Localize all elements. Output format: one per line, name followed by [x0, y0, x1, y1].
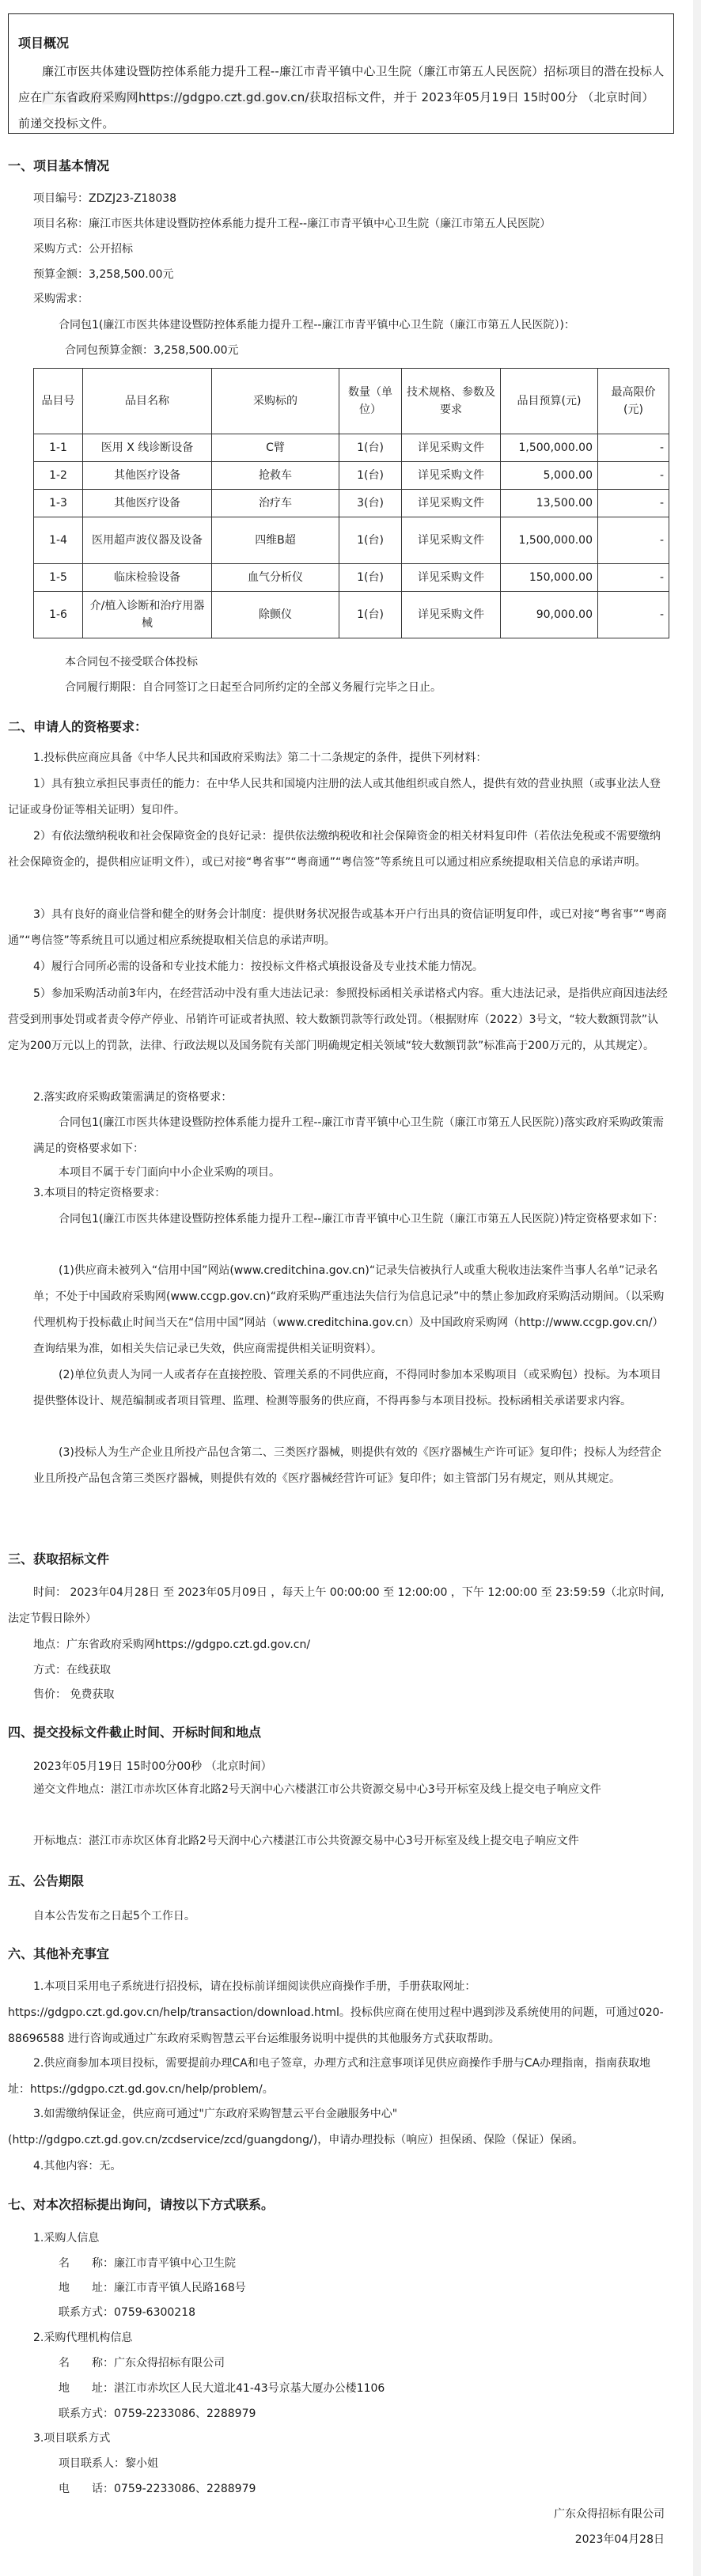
project-contact-person: 项目联系人：黎小姐 — [59, 2455, 158, 2471]
qualification-item-2: 2.落实政府采购政策需满足的资格要求： — [33, 1089, 232, 1104]
table-row: 1-2 其他医疗设备 抢救车 1(台) 详见采购文件 5,000.00 - — [34, 462, 669, 490]
section7-heading: 七、对本次招标提出询问，请按以下方式联系。 — [8, 2195, 274, 2213]
buyer-info-title: 1.采购人信息 — [33, 2229, 99, 2245]
cell-subject: 四维B超 — [212, 517, 339, 564]
cell-item-no: 1-5 — [34, 564, 83, 592]
cell-subject: 血气分析仪 — [212, 564, 339, 592]
policy-note: 本项目不属于专门面向中小企业采购的项目。 — [59, 1164, 280, 1180]
cell-budget: 150,000.00 — [501, 564, 598, 592]
qualification-item-3: 3.本项目的特定资格要求： — [33, 1184, 165, 1200]
cell-quantity: 1(台) — [339, 434, 402, 462]
cell-subject: 除颤仪 — [212, 592, 339, 638]
budget-amount: 预算金额：3,258,500.00元 — [33, 266, 174, 282]
cell-subject: 抢救车 — [212, 462, 339, 490]
cell-max-price: - — [598, 462, 669, 490]
package-title: 合同包1(廉江市医共体建设暨防控体系能力提升工程--廉江市青平镇中心卫生院（廉江… — [59, 316, 575, 332]
policy-package: 合同包1(廉江市医共体建设暨防控体系能力提升工程--廉江市青平镇中心卫生院（廉江… — [33, 1110, 669, 1162]
project-contact-title: 3.项目联系方式 — [33, 2430, 110, 2445]
cell-item-no: 1-6 — [34, 592, 83, 638]
project-summary-box: 项目概况 廉江市医共体建设暨防控体系能力提升工程--廉江市青平镇中心卫生院（廉江… — [8, 13, 674, 134]
table-row: 1-5 临床检验设备 血气分析仪 1(台) 详见采购文件 150,000.00 … — [34, 564, 669, 592]
agent-info-title: 2.采购代理机构信息 — [33, 2329, 132, 2345]
supplement-3: 3.如需缴纳保证金，供应商可通过"广东政府采购智慧云平台金融服务中心"(http… — [8, 2101, 669, 2154]
table-row: 1-1 医用 X 线诊断设备 C臂 1(台) 详见采购文件 1,500,000.… — [34, 434, 669, 462]
qualification-1-1: 1）具有独立承担民事责任的能力：在中华人民共和国境内注册的法人或其他组织或自然人… — [8, 771, 669, 824]
obtain-time: 时间： 2023年04月28日 至 2023年05月09日 ，每天上午 00:0… — [8, 1580, 669, 1632]
cell-item-name: 其他医疗设备 — [83, 490, 212, 517]
cell-item-name: 临床检验设备 — [83, 564, 212, 592]
table-row: 1-4 医用超声波仪器及设备 四维B超 1(台) 详见采购文件 1,500,00… — [34, 517, 669, 564]
table-row: 1-3 其他医疗设备 治疗车 3(台) 详见采购文件 13,500.00 - — [34, 490, 669, 517]
buyer-phone: 联系方式：0759-6300218 — [59, 2304, 195, 2320]
footer-date: 2023年04月28日 — [575, 2531, 665, 2547]
cell-item-no: 1-4 — [34, 517, 83, 564]
buyer-name: 名 称：廉江市青平镇中心卫生院 — [59, 2255, 236, 2271]
cell-spec: 详见采购文件 — [402, 490, 501, 517]
table-header-row: 品目号 品目名称 采购标的 数量（单位） 技术规格、参数及要求 品目预算(元) … — [34, 369, 669, 434]
notice-period: 自本公告发布之日起5个工作日。 — [33, 1907, 195, 1923]
obtain-price: 售价： 免费获取 — [33, 1686, 114, 1702]
cell-spec: 详见采购文件 — [402, 462, 501, 490]
cell-max-price: - — [598, 592, 669, 638]
col-header: 品目号 — [34, 369, 83, 434]
obtain-place[interactable]: 地点：广东省政府采购网https://gdgpo.czt.gd.gov.cn/ — [33, 1636, 310, 1652]
obtain-way: 方式：在线获取 — [33, 1661, 111, 1677]
submit-place: 递交文件地点：湛江市赤坎区体育北路2号天润中心六楼湛江市公共资源交易中心3号开标… — [8, 1777, 669, 1803]
cell-quantity: 1(台) — [339, 517, 402, 564]
col-header: 品目名称 — [83, 369, 212, 434]
cell-budget: 13,500.00 — [501, 490, 598, 517]
cell-budget: 1,500,000.00 — [501, 517, 598, 564]
cell-max-price: - — [598, 564, 669, 592]
scrollbar-track[interactable] — [693, 0, 701, 2576]
cell-spec: 详见采购文件 — [402, 434, 501, 462]
col-header: 品目预算(元) — [501, 369, 598, 434]
cell-budget: 90,000.00 — [501, 592, 598, 638]
cell-item-name: 其他医疗设备 — [83, 462, 212, 490]
cell-budget: 1,500,000.00 — [501, 434, 598, 462]
cell-max-price: - — [598, 490, 669, 517]
cell-item-no: 1-2 — [34, 462, 83, 490]
qualification-item-1: 1.投标供应商应具备《中华人民共和国政府采购法》第二十二条规定的条件，提供下列材… — [33, 749, 487, 765]
supplement-2: 2.供应商参加本项目投标，需要提前办理CA和电子签章，办理方式和注意事项详见供应… — [8, 2051, 669, 2103]
cell-subject: C臂 — [212, 434, 339, 462]
section6-heading: 六、其他补充事宜 — [8, 1944, 109, 1962]
col-header: 最高限价(元) — [598, 369, 669, 434]
qualification-1-5: 5）参加采购活动前3年内，在经营活动中没有重大违法记录：参照投标函相关承诺格式内… — [8, 981, 669, 1059]
summary-body: 廉江市医共体建设暨防控体系能力提升工程--廉江市青平镇中心卫生院（廉江市第五人民… — [18, 59, 665, 137]
col-header: 采购标的 — [212, 369, 339, 434]
no-consortium-note: 本合同包不接受联合体投标 — [65, 653, 198, 669]
package-budget: 合同包预算金额：3,258,500.00元 — [65, 342, 239, 358]
cell-spec: 详见采购文件 — [402, 592, 501, 638]
footer-company: 广东众得招标有限公司 — [554, 2506, 665, 2521]
cell-item-name: 医用超声波仪器及设备 — [83, 517, 212, 564]
section1-heading: 一、项目基本情况 — [8, 156, 109, 174]
qualification-1-4: 4）履行合同所必需的设备和专业技术能力：按投标文件格式填报设备及专业技术能力情况… — [8, 954, 669, 980]
qualification-1-3: 3）具有良好的商业信誉和健全的财务会计制度：提供财务状况报告或基本开户行出具的资… — [8, 902, 669, 954]
section4-heading: 四、提交投标文件截止时间、开标时间和地点 — [8, 1722, 261, 1741]
specific-requirement-1: (1)供应商未被列入“信用中国”网站(www.creditchina.gov.c… — [33, 1258, 669, 1362]
table-row: 1-6 介/植入诊断和治疗用器械 除颤仪 1(台) 详见采购文件 90,000.… — [34, 592, 669, 638]
cell-budget: 5,000.00 — [501, 462, 598, 490]
bid-deadline: 2023年05月19日 15时00分00秒 （北京时间） — [33, 1758, 272, 1774]
cell-item-name: 医用 X 线诊断设备 — [83, 434, 212, 462]
cell-item-no: 1-1 — [34, 434, 83, 462]
col-header: 技术规格、参数及要求 — [402, 369, 501, 434]
section3-heading: 三、获取招标文件 — [8, 1549, 109, 1567]
project-number: 项目编号：ZDZJ23-Z18038 — [33, 190, 176, 206]
contract-term: 合同履行期限：自合同签订之日起至合同所约定的全部义务履行完毕之日止。 — [65, 679, 441, 695]
items-table: 品目号 品目名称 采购标的 数量（单位） 技术规格、参数及要求 品目预算(元) … — [33, 368, 669, 638]
requirement-label: 采购需求： — [33, 290, 89, 306]
specific-package: 合同包1(廉江市医共体建设暨防控体系能力提升工程--廉江市青平镇中心卫生院（廉江… — [33, 1207, 669, 1233]
open-place: 开标地点：湛江市赤坎区体育北路2号天润中心六楼湛江市公共资源交易中心3号开标室及… — [33, 1832, 579, 1848]
cell-max-price: - — [598, 434, 669, 462]
qualification-1-2: 2）有依法缴纳税收和社会保障资金的良好记录：提供依法缴纳税收和社会保障资金的相关… — [8, 824, 669, 876]
section2-heading: 二、申请人的资格要求： — [8, 717, 147, 735]
procurement-method: 采购方式：公开招标 — [33, 241, 133, 256]
cell-spec: 详见采购文件 — [402, 517, 501, 564]
agent-name: 名 称：广东众得招标有限公司 — [59, 2354, 225, 2370]
cell-quantity: 3(台) — [339, 490, 402, 517]
cell-spec: 详见采购文件 — [402, 564, 501, 592]
cell-subject: 治疗车 — [212, 490, 339, 517]
cell-quantity: 1(台) — [339, 564, 402, 592]
cell-quantity: 1(台) — [339, 462, 402, 490]
cell-quantity: 1(台) — [339, 592, 402, 638]
cell-max-price: - — [598, 517, 669, 564]
project-name: 项目名称：廉江市医共体建设暨防控体系能力提升工程--廉江市青平镇中心卫生院（廉江… — [33, 215, 551, 231]
specific-requirement-2: (2)单位负责人为同一人或者存在直接控股、管理关系的不同供应商，不得同时参加本采… — [33, 1362, 669, 1415]
buyer-address: 地 址：廉江市青平镇人民路168号 — [59, 2279, 246, 2295]
supplement-1: 1.本项目采用电子系统进行招投标，请在投标前详细阅读供应商操作手册，手册获取网址… — [8, 1974, 669, 2052]
project-contact-phone: 电 话：0759-2233086、2288979 — [59, 2480, 256, 2496]
procurement-site-link[interactable]: 广东省政府采购网https://gdgpo.czt.gd.gov.cn/ — [42, 90, 309, 104]
summary-title: 项目概况 — [18, 33, 69, 51]
cell-item-no: 1-3 — [34, 490, 83, 517]
agent-phone: 联系方式：0759-2233086、2288979 — [59, 2405, 256, 2421]
agent-address: 地 址：湛江市赤坎区人民大道北41-43号京基大厦办公楼1106 — [59, 2380, 385, 2396]
col-header: 数量（单位） — [339, 369, 402, 434]
specific-requirement-3: (3)投标人为生产企业且所投产品包含第二、三类医疗器械，则提供有效的《医疗器械生… — [33, 1440, 669, 1492]
section5-heading: 五、公告期限 — [8, 1871, 84, 1889]
cell-item-name: 介/植入诊断和治疗用器械 — [83, 592, 212, 638]
supplement-4: 4.其他内容：无。 — [33, 2157, 121, 2173]
